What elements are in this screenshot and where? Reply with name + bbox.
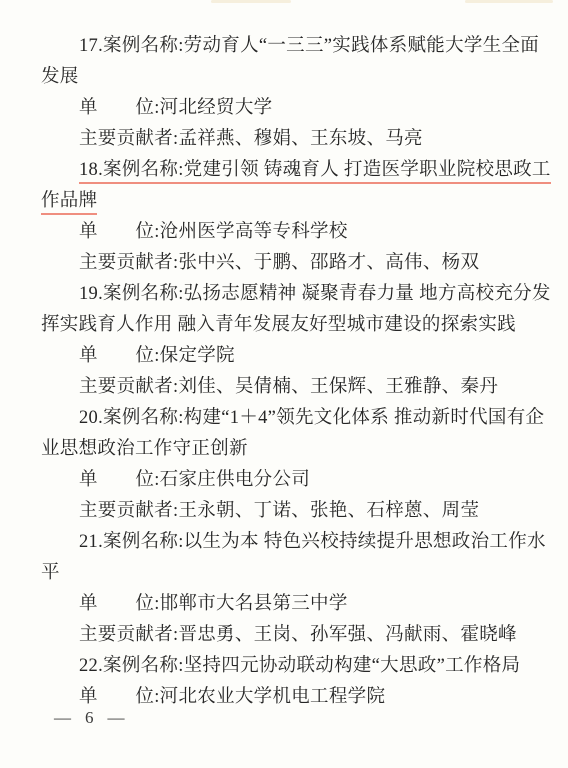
scan-artifact-strip [465, 0, 553, 3]
document-page: 17.案例名称:劳动育人“一三三”实践体系赋能大学生全面发展单 位:河北经贸大学… [0, 0, 568, 768]
case-title-line: 19.案例名称:弘扬志愿精神 凝聚青春力量 地方高校充分发 [41, 279, 541, 310]
contributors-line: 主要贡献者:刘佳、吴倩楠、王保辉、王雅静、秦丹 [41, 372, 541, 403]
footer-dash-right: — [108, 708, 126, 727]
case-title-line: 20.案例名称:构建“1＋4”领先文化体系 推动新时代国有企 [41, 403, 541, 434]
red-underline-text: 作品牌 [41, 191, 97, 215]
page-footer: —6— [54, 708, 126, 728]
contributors-line: 主要贡献者:王永朝、丁诺、张艳、石梓蒽、周莹 [41, 496, 541, 527]
contributors-line: 主要贡献者:孟祥燕、穆娟、王东坡、马亮 [41, 124, 541, 155]
case-title-line: 18.案例名称:党建引领 铸魂育人 打造医学职业院校思政工 [41, 155, 541, 186]
case-list: 17.案例名称:劳动育人“一三三”实践体系赋能大学生全面发展单 位:河北经贸大学… [41, 31, 541, 713]
unit-line: 单 位:石家庄供电分公司 [41, 465, 541, 496]
case-title-line: 业思想政治工作守正创新 [41, 434, 541, 465]
case-title-line: 作品牌 [41, 186, 541, 217]
unit-line: 单 位:邯郸市大名县第三中学 [41, 589, 541, 620]
case-title-line: 发展 [41, 62, 541, 93]
unit-line: 单 位:沧州医学高等专科学校 [41, 217, 541, 248]
case-title-line: 22.案例名称:坚持四元协动联动构建“大思政”工作格局 [41, 651, 541, 682]
contributors-line: 主要贡献者:张中兴、于鹏、邵路才、高伟、杨双 [41, 248, 541, 279]
case-title-line: 17.案例名称:劳动育人“一三三”实践体系赋能大学生全面 [41, 31, 541, 62]
unit-line: 单 位:保定学院 [41, 341, 541, 372]
case-title-line: 平 [41, 558, 541, 589]
case-title-line: 挥实践育人作用 融入青年发展友好型城市建设的探索实践 [41, 310, 541, 341]
red-underline-text: 18.案例名称:党建引领 铸魂育人 打造医学职业院校思政工 [79, 160, 551, 184]
case-title-line: 21.案例名称:以生为本 特色兴校持续提升思想政治工作水 [41, 527, 541, 558]
footer-dash-left: — [54, 708, 72, 727]
contributors-line: 主要贡献者:晋忠勇、王岗、孙军强、冯献雨、霍晓峰 [41, 620, 541, 651]
scan-artifact-strip [211, 0, 291, 3]
page-number: 6 [85, 708, 95, 727]
unit-line: 单 位:河北经贸大学 [41, 93, 541, 124]
